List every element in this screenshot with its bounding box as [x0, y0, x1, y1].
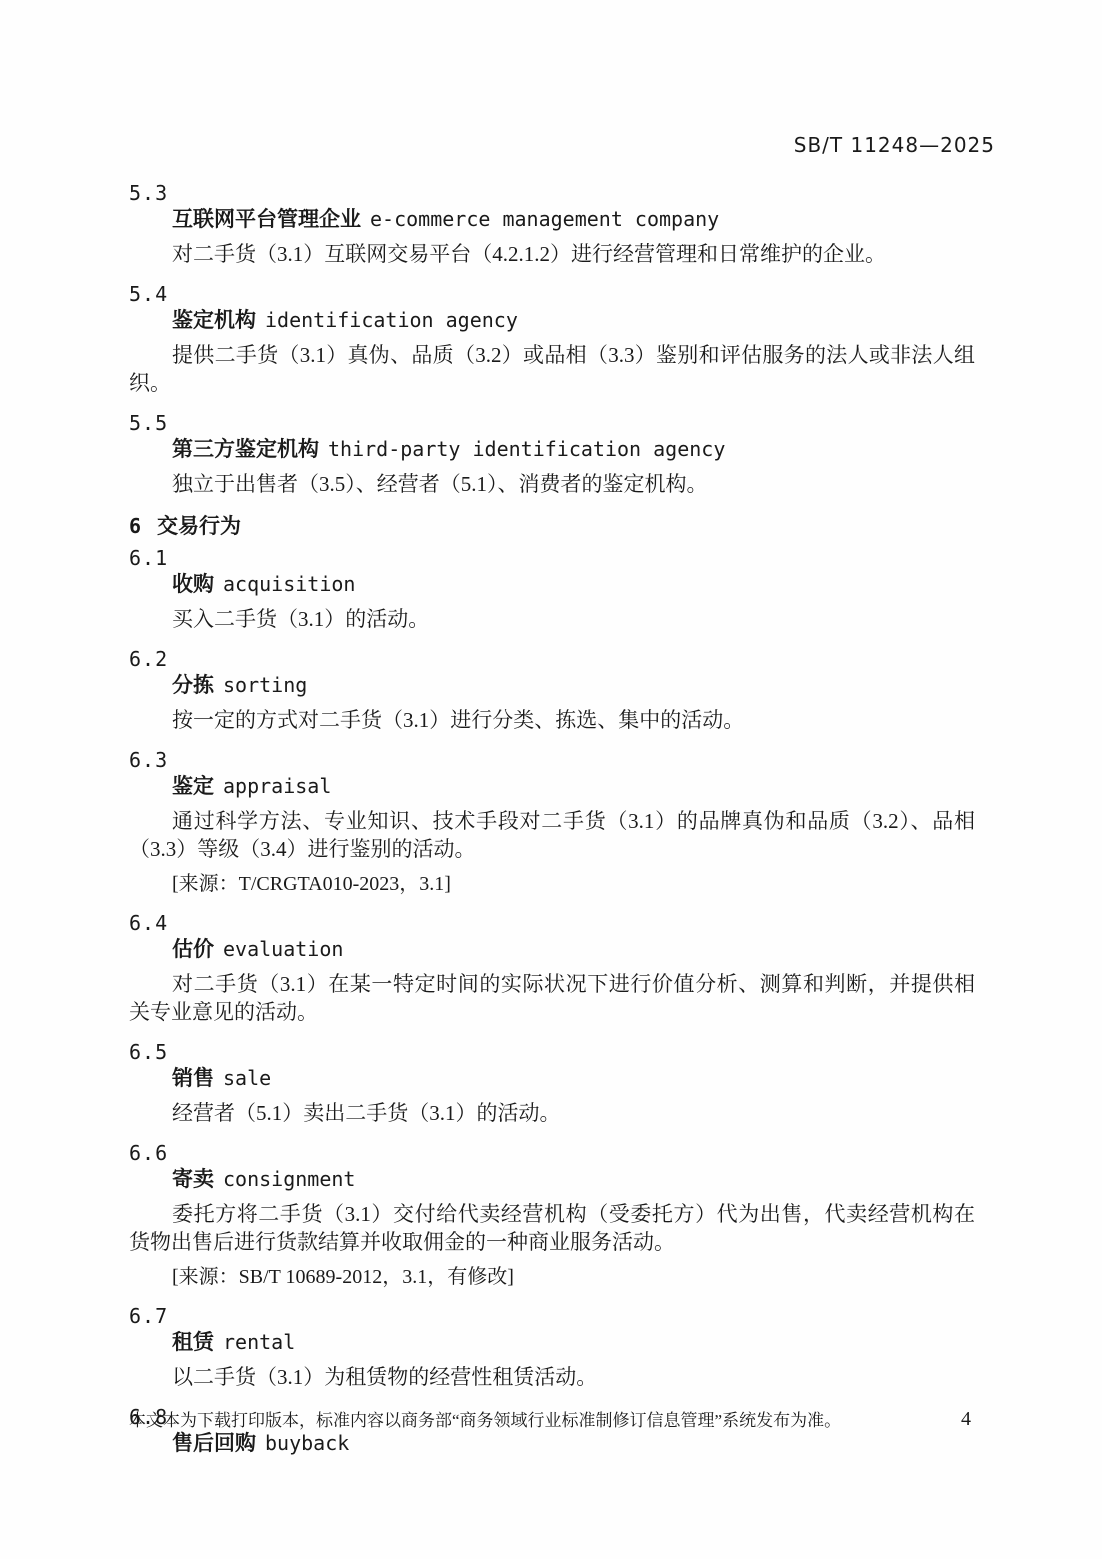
- definition-paragraph: 以二手货（3.1）为租赁物的经营性租赁活动。: [129, 1363, 975, 1391]
- clause-6-7: 6.7 租赁rental 以二手货（3.1）为租赁物的经营性租赁活动。: [129, 1305, 975, 1391]
- definition-paragraph: 通过科学方法、专业知识、技术手段对二手货（3.1）的品牌真伪和品质（3.2）、品…: [129, 807, 975, 863]
- term-english: consignment: [223, 1167, 355, 1191]
- term-line: 鉴定appraisal: [129, 773, 975, 802]
- clause-number: 6.2: [129, 648, 975, 670]
- term-english: identification agency: [265, 308, 518, 332]
- clause-number: 6.5: [129, 1041, 975, 1063]
- clause-6-6: 6.6 寄卖consignment 委托方将二手货（3.1）交付给代卖经营机构（…: [129, 1142, 975, 1290]
- clause-5-5: 5.5 第三方鉴定机构third-party identification ag…: [129, 412, 975, 498]
- term-line: 估价evaluation: [129, 936, 975, 965]
- definition-paragraph: 委托方将二手货（3.1）交付给代卖经营机构（受委托方）代为出售，代卖经营机构在货…: [129, 1200, 975, 1256]
- term-line: 鉴定机构identification agency: [129, 307, 975, 336]
- standard-document-page: SB/T 11248—2025 5.3 互联网平台管理企业e-commerce …: [0, 0, 1102, 1559]
- term-english: sorting: [223, 673, 307, 697]
- term-chinese: 分拣: [172, 673, 214, 697]
- clause-number: 6.3: [129, 749, 975, 771]
- term-line: 收购acquisition: [129, 571, 975, 600]
- term-english: acquisition: [223, 572, 355, 596]
- term-chinese: 估价: [172, 937, 214, 961]
- term-chinese: 销售: [172, 1066, 214, 1090]
- clause-6-3: 6.3 鉴定appraisal 通过科学方法、专业知识、技术手段对二手货（3.1…: [129, 749, 975, 897]
- definition-paragraph: 经营者（5.1）卖出二手货（3.1）的活动。: [129, 1099, 975, 1127]
- term-line: 第三方鉴定机构third-party identification agency: [129, 436, 975, 465]
- chapter-title: 交易行为: [157, 514, 241, 538]
- term-english: appraisal: [223, 774, 331, 798]
- term-english: third-party identification agency: [328, 437, 725, 461]
- term-english: evaluation: [223, 937, 343, 961]
- term-chinese: 收购: [172, 572, 214, 596]
- clause-6-2: 6.2 分拣sorting 按一定的方式对二手货（3.1）进行分类、拣选、集中的…: [129, 648, 975, 734]
- source-reference: [来源：SB/T 10689-2012，3.1，有修改]: [129, 1264, 975, 1290]
- term-chinese: 寄卖: [172, 1167, 214, 1191]
- definition-paragraph: 对二手货（3.1）互联网交易平台（4.2.1.2）进行经营管理和日常维护的企业。: [129, 240, 975, 268]
- term-english: e-commerce management company: [370, 207, 719, 231]
- term-english: rental: [223, 1330, 295, 1354]
- chapter-heading: 6交易行为: [129, 513, 975, 542]
- chapter-number: 6: [129, 514, 141, 538]
- term-chinese: 鉴定: [172, 774, 214, 798]
- clause-number: 6.1: [129, 547, 975, 569]
- term-english: sale: [223, 1066, 271, 1090]
- definition-paragraph: 按一定的方式对二手货（3.1）进行分类、拣选、集中的活动。: [129, 706, 975, 734]
- term-line: 租赁rental: [129, 1329, 975, 1358]
- term-line: 互联网平台管理企业e-commerce management company: [129, 206, 975, 235]
- clause-5-3: 5.3 互联网平台管理企业e-commerce management compa…: [129, 182, 975, 268]
- clause-5-4: 5.4 鉴定机构identification agency 提供二手货（3.1）…: [129, 283, 975, 397]
- term-line: 分拣sorting: [129, 672, 975, 701]
- term-chinese: 第三方鉴定机构: [172, 437, 319, 461]
- term-english: buyback: [265, 1431, 349, 1455]
- term-line: 售后回购buyback: [129, 1430, 975, 1459]
- definition-paragraph: 对二手货（3.1）在某一特定时间的实际状况下进行价值分析、测算和判断，并提供相关…: [129, 970, 975, 1026]
- clause-6-5: 6.5 销售sale 经营者（5.1）卖出二手货（3.1）的活动。: [129, 1041, 975, 1127]
- clause-number: 6.7: [129, 1305, 975, 1327]
- clause-number: 5.3: [129, 182, 975, 204]
- standard-number: SB/T 11248—2025: [794, 133, 995, 157]
- term-chinese: 租赁: [172, 1330, 214, 1354]
- footer-note: 本文本为下载打印版本，标准内容以商务部“商务领域行业标准制修订信息管理”系统发布…: [129, 1409, 889, 1433]
- clause-number: 5.5: [129, 412, 975, 434]
- clause-number: 6.4: [129, 912, 975, 934]
- term-chinese: 售后回购: [172, 1431, 256, 1455]
- clause-number: 5.4: [129, 283, 975, 305]
- source-reference: [来源：T/CRGTA010-2023，3.1]: [129, 871, 975, 897]
- term-chinese: 互联网平台管理企业: [172, 207, 361, 231]
- definition-paragraph: 提供二手货（3.1）真伪、品质（3.2）或品相（3.3）鉴别和评估服务的法人或非…: [129, 341, 975, 397]
- term-line: 寄卖consignment: [129, 1166, 975, 1195]
- clause-6-1: 6.1 收购acquisition 买入二手货（3.1）的活动。: [129, 547, 975, 633]
- term-chinese: 鉴定机构: [172, 308, 256, 332]
- page-number: 4: [961, 1408, 971, 1431]
- document-body: 5.3 互联网平台管理企业e-commerce management compa…: [129, 167, 975, 1459]
- clause-6-4: 6.4 估价evaluation 对二手货（3.1）在某一特定时间的实际状况下进…: [129, 912, 975, 1026]
- definition-paragraph: 买入二手货（3.1）的活动。: [129, 605, 975, 633]
- clause-number: 6.6: [129, 1142, 975, 1164]
- term-line: 销售sale: [129, 1065, 975, 1094]
- definition-paragraph: 独立于出售者（3.5）、经营者（5.1）、消费者的鉴定机构。: [129, 470, 975, 498]
